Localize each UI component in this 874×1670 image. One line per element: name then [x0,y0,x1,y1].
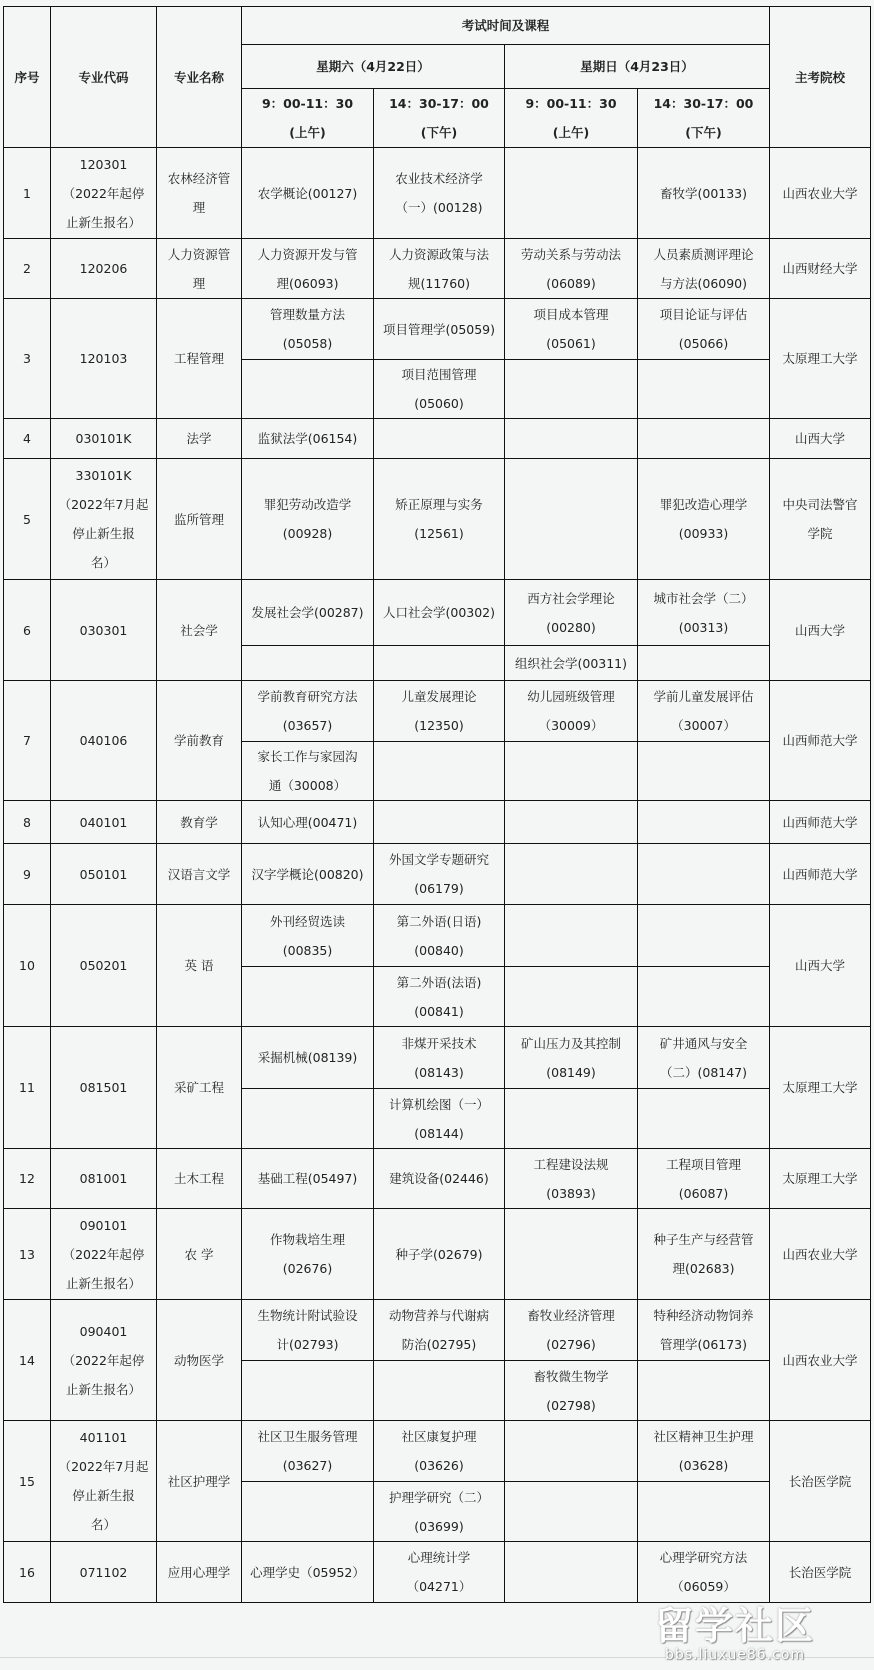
table-row: 16071102应用心理学心理学史（05952）心理统计学（04271）心理学研… [4,1542,871,1603]
cell-school: 山西大学 [770,419,871,459]
cell-course-sun-pm: 城市社会学（二）(00313) [638,580,770,646]
cell-course-sun-pm: 罪犯改造心理学(00933) [638,459,770,580]
cell-major-name: 人力资源管理 [157,239,242,299]
cell-course-sun-am [505,742,638,801]
cell-school: 山西财经大学 [770,239,871,299]
header-slot-sun-am: 9：00-11：30(上午) [505,89,638,148]
cell-seq: 14 [4,1300,51,1421]
cell-course-sat-am: 认知心理(00471) [242,801,374,844]
cell-seq: 8 [4,801,51,844]
header-exam-time: 考试时间及课程 [242,7,770,45]
cell-major-code: 330101K（2022年7月起停止新生报名） [51,459,157,580]
cell-school: 山西农业大学 [770,148,871,239]
header-school: 主考院校 [770,7,871,148]
cell-course-sat-pm: 矫正原理与实务(12561) [374,459,505,580]
cell-school: 山西师范大学 [770,801,871,844]
cell-course-sun-pm: 人员素质测评理论与方法(06090) [638,239,770,299]
cell-course-sun-am [505,905,638,967]
cell-major-code: 120206 [51,239,157,299]
cell-course-sat-am [242,360,374,419]
cell-course-sat-am: 发展社会学(00287) [242,580,374,646]
cell-course-sun-am [505,967,638,1027]
cell-seq: 1 [4,148,51,239]
cell-seq: 15 [4,1421,51,1542]
cell-course-sun-am: 矿山压力及其控制(08149) [505,1027,638,1089]
cell-course-sun-pm [638,801,770,844]
cell-course-sun-am [505,1089,638,1149]
cell-course-sat-am [242,1482,374,1542]
cell-major-code: 050201 [51,905,157,1027]
cell-course-sat-pm [374,646,505,681]
cell-major-code: 090401（2022年起停止新生报名） [51,1300,157,1421]
cell-school: 长治医学院 [770,1542,871,1603]
cell-major-code: 120301（2022年起停止新生报名） [51,148,157,239]
cell-major-name: 社会学 [157,580,242,681]
cell-major-code: 040106 [51,681,157,801]
cell-school: 中央司法警官学院 [770,459,871,580]
cell-major-name: 学前教育 [157,681,242,801]
cell-course-sat-pm: 社区康复护理(03626) [374,1421,505,1482]
cell-major-code: 120103 [51,299,157,419]
cell-course-sun-am: 幼儿园班级管理（30009） [505,681,638,742]
cell-course-sun-pm [638,742,770,801]
cell-course-sun-pm [638,844,770,905]
cell-course-sat-pm: 动物营养与代谢病防治(02795) [374,1300,505,1361]
table-row: 13090101（2022年起停止新生报名）农 学作物栽培生理(02676)种子… [4,1209,871,1300]
header-saturday: 星期六（4月22日） [242,45,505,89]
cell-course-sat-pm [374,1361,505,1421]
cell-course-sun-am: 畜牧业经济管理(02796) [505,1300,638,1361]
cell-major-code: 040101 [51,801,157,844]
cell-course-sun-am: 工程建设法规(03893) [505,1149,638,1209]
cell-course-sat-am: 人力资源开发与管理(06093) [242,239,374,299]
cell-course-sun-am: 组织社会学(00311) [505,646,638,681]
cell-course-sun-pm [638,1089,770,1149]
cell-major-code: 081501 [51,1027,157,1149]
cell-course-sat-pm: 种子学(02679) [374,1209,505,1300]
cell-major-name: 应用心理学 [157,1542,242,1603]
cell-major-name: 法学 [157,419,242,459]
cell-seq: 11 [4,1027,51,1149]
cell-course-sun-pm: 学前儿童发展评估（30007） [638,681,770,742]
table-row: 8040101教育学认知心理(00471)山西师范大学 [4,801,871,844]
table-row: 2120206人力资源管理人力资源开发与管理(06093)人力资源政策与法规(1… [4,239,871,299]
cell-school: 山西大学 [770,905,871,1027]
cell-course-sun-am [505,419,638,459]
cell-course-sat-pm: 项目范围管理(05060) [374,360,505,419]
cell-course-sun-am [505,1209,638,1300]
header-name: 专业名称 [157,7,242,148]
cell-course-sat-am: 采掘机械(08139) [242,1027,374,1089]
cell-seq: 16 [4,1542,51,1603]
cell-course-sat-pm: 建筑设备(02446) [374,1149,505,1209]
cell-course-sat-am: 汉字学概论(00820) [242,844,374,905]
header-sunday: 星期日（4月23日） [505,45,770,89]
cell-course-sun-pm [638,646,770,681]
cell-seq: 4 [4,419,51,459]
cell-school: 太原理工大学 [770,1027,871,1149]
cell-course-sun-pm [638,905,770,967]
header-seq: 序号 [4,7,51,148]
cell-major-name: 教育学 [157,801,242,844]
cell-course-sat-am: 外刊经贸选读(00835) [242,905,374,967]
cell-school: 山西师范大学 [770,844,871,905]
cell-course-sat-pm: 计算机绘图（一）(08144) [374,1089,505,1149]
cell-course-sat-am: 家长工作与家园沟通（30008） [242,742,374,801]
cell-course-sun-pm [638,1482,770,1542]
cell-school: 太原理工大学 [770,1149,871,1209]
cell-major-name: 英 语 [157,905,242,1027]
cell-major-code: 081001 [51,1149,157,1209]
cell-school: 太原理工大学 [770,299,871,419]
header-slot-sat-am: 9：00-11：30(上午) [242,89,374,148]
cell-major-name: 农 学 [157,1209,242,1300]
cell-course-sat-pm: 项目管理学(05059) [374,299,505,360]
cell-course-sat-am [242,1089,374,1149]
cell-major-code: 401101（2022年7月起停止新生报名） [51,1421,157,1542]
cell-seq: 2 [4,239,51,299]
cell-school: 山西师范大学 [770,681,871,801]
cell-seq: 3 [4,299,51,419]
cell-course-sat-am [242,1361,374,1421]
cell-course-sat-pm: 心理统计学（04271） [374,1542,505,1603]
cell-school: 山西农业大学 [770,1300,871,1421]
cell-seq: 13 [4,1209,51,1300]
cell-course-sun-pm: 特种经济动物饲养管理学(06173) [638,1300,770,1361]
cell-course-sat-pm: 人口社会学(00302) [374,580,505,646]
cell-course-sat-am: 基础工程(05497) [242,1149,374,1209]
cell-course-sun-pm: 种子生产与经营管理(02683) [638,1209,770,1300]
cell-major-code: 030101K [51,419,157,459]
cell-course-sun-am: 项目成本管理(05061) [505,299,638,360]
cell-course-sat-am: 社区卫生服务管理(03627) [242,1421,374,1482]
cell-course-sat-am: 农学概论(00127) [242,148,374,239]
cell-course-sun-pm: 畜牧学(00133) [638,148,770,239]
table-row: 5330101K（2022年7月起停止新生报名）监所管理罪犯劳动改造学(0092… [4,459,871,580]
cell-course-sat-am: 监狱法学(06154) [242,419,374,459]
cell-major-name: 土木工程 [157,1149,242,1209]
cell-school: 山西大学 [770,580,871,681]
cell-course-sat-am: 管理数量方法(05058) [242,299,374,360]
cell-course-sat-am: 学前教育研究方法(03657) [242,681,374,742]
cell-school: 长治医学院 [770,1421,871,1542]
table-row: 6030301社会学发展社会学(00287)人口社会学(00302)西方社会学理… [4,580,871,646]
cell-course-sat-pm: 护理学研究（二）(03699) [374,1482,505,1542]
table-row: 10050201英 语外刊经贸选读(00835)第二外语(日语)(00840)山… [4,905,871,967]
cell-major-code: 030301 [51,580,157,681]
cell-course-sun-am: 劳动关系与劳动法(06089) [505,239,638,299]
cell-course-sun-am [505,459,638,580]
cell-course-sat-am [242,967,374,1027]
table-row: 15401101（2022年7月起停止新生报名）社区护理学社区卫生服务管理(03… [4,1421,871,1482]
cell-course-sun-pm: 项目论证与评估(05066) [638,299,770,360]
table-row: 1120301（2022年起停止新生报名）农林经济管理农学概论(00127)农业… [4,148,871,239]
cell-course-sat-pm [374,419,505,459]
table-body: 1120301（2022年起停止新生报名）农林经济管理农学概论(00127)农业… [4,148,871,1603]
cell-seq: 6 [4,580,51,681]
footer-divider [0,1657,874,1658]
cell-course-sun-pm [638,1361,770,1421]
watermark-sub-text: bbs.liuxue86.com [655,1647,815,1663]
cell-course-sat-pm: 人力资源政策与法规(11760) [374,239,505,299]
cell-course-sun-pm: 工程项目管理(06087) [638,1149,770,1209]
cell-course-sun-pm: 社区精神卫生护理(03628) [638,1421,770,1482]
header-slot-sun-pm: 14：30-17：00(下午) [638,89,770,148]
cell-course-sun-pm [638,360,770,419]
cell-course-sun-am: 畜牧微生物学(02798) [505,1361,638,1421]
cell-course-sat-pm [374,742,505,801]
cell-course-sat-pm: 第二外语(日语)(00840) [374,905,505,967]
cell-course-sat-am: 作物栽培生理(02676) [242,1209,374,1300]
cell-course-sun-pm [638,419,770,459]
cell-course-sun-am [505,844,638,905]
cell-course-sun-pm: 矿井通风与安全（二）(08147) [638,1027,770,1089]
cell-seq: 9 [4,844,51,905]
cell-course-sun-am [505,1482,638,1542]
cell-school: 山西农业大学 [770,1209,871,1300]
cell-seq: 5 [4,459,51,580]
table-row: 11081501采矿工程采掘机械(08139)非煤开采技术(08143)矿山压力… [4,1027,871,1089]
exam-schedule-table: 序号 专业代码 专业名称 考试时间及课程 主考院校 星期六（4月22日） 星期日… [3,6,871,1603]
cell-major-code: 090101（2022年起停止新生报名） [51,1209,157,1300]
table-row: 12081001土木工程基础工程(05497)建筑设备(02446)工程建设法规… [4,1149,871,1209]
cell-course-sun-am: 西方社会学理论(00280) [505,580,638,646]
cell-course-sat-pm: 非煤开采技术(08143) [374,1027,505,1089]
cell-seq: 10 [4,905,51,1027]
cell-course-sat-am: 罪犯劳动改造学(00928) [242,459,374,580]
cell-major-code: 050101 [51,844,157,905]
cell-course-sat-am [242,646,374,681]
cell-course-sun-am [505,801,638,844]
cell-course-sat-pm: 农业技术经济学（一）(00128) [374,148,505,239]
table-header: 序号 专业代码 专业名称 考试时间及课程 主考院校 星期六（4月22日） 星期日… [4,7,871,148]
cell-course-sat-am: 心理学史（05952） [242,1542,374,1603]
cell-course-sun-am [505,1542,638,1603]
cell-course-sun-pm: 心理学研究方法（06059） [638,1542,770,1603]
cell-major-name: 汉语言文学 [157,844,242,905]
header-code: 专业代码 [51,7,157,148]
table-row: 9050101汉语言文学汉字学概论(00820)外国文学专题研究(06179)山… [4,844,871,905]
table-row: 7040106学前教育学前教育研究方法(03657)儿童发展理论(12350)幼… [4,681,871,742]
cell-major-name: 社区护理学 [157,1421,242,1542]
table-row: 3120103工程管理管理数量方法(05058)项目管理学(05059)项目成本… [4,299,871,360]
cell-course-sat-pm: 外国文学专题研究(06179) [374,844,505,905]
cell-course-sun-am [505,1421,638,1482]
cell-course-sun-pm [638,967,770,1027]
cell-major-name: 监所管理 [157,459,242,580]
cell-major-name: 采矿工程 [157,1027,242,1149]
cell-course-sat-pm [374,801,505,844]
cell-course-sat-pm: 儿童发展理论(12350) [374,681,505,742]
cell-course-sat-am: 生物统计附试验设计(02793) [242,1300,374,1361]
table-row: 4030101K法学监狱法学(06154)山西大学 [4,419,871,459]
cell-major-name: 农林经济管理 [157,148,242,239]
cell-major-name: 工程管理 [157,299,242,419]
table-row: 14090401（2022年起停止新生报名）动物医学生物统计附试验设计(0279… [4,1300,871,1361]
cell-major-name: 动物医学 [157,1300,242,1421]
cell-course-sun-am [505,360,638,419]
cell-course-sun-am [505,148,638,239]
header-slot-sat-pm: 14：30-17：00(下午) [374,89,505,148]
cell-course-sat-pm: 第二外语(法语)(00841) [374,967,505,1027]
cell-major-code: 071102 [51,1542,157,1603]
cell-seq: 7 [4,681,51,801]
watermark-main-text: 留学社区 [655,1605,815,1647]
cell-seq: 12 [4,1149,51,1209]
